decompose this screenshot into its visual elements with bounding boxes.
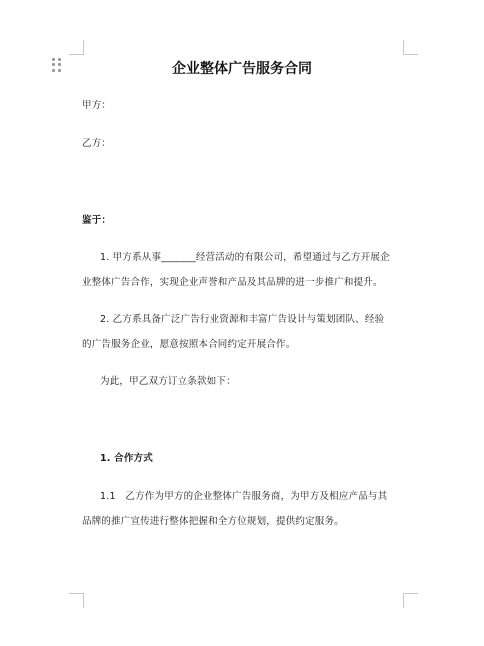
para3: 为此，甲乙双方订立条款如下：	[100, 373, 236, 387]
para2-line2: 的广告服务企业，愿意按照本合同约定开展合作。	[82, 336, 295, 350]
margin-corner-bottom-right	[403, 593, 418, 608]
section1-heading: 1. 合作方式	[100, 450, 153, 464]
margin-corner-top-left	[69, 40, 84, 55]
margin-corner-top-right	[403, 40, 418, 55]
clause-1-1-line2: 品牌的推广宣传进行整体把握和全方位规划，提供约定服务。	[82, 513, 344, 527]
para1-line2: 业整体广告合作，实现企业声誉和产品及其品牌的进一步推广和提升。	[82, 274, 383, 288]
clause-1-1-line1: 1.1 乙方作为甲方的企业整体广告服务商，为甲方及相应产品与其	[100, 488, 387, 502]
whereas-heading: 鉴于：	[82, 212, 111, 226]
margin-corner-bottom-left	[69, 593, 84, 608]
party-b-label: 乙方：	[82, 135, 111, 149]
document-title: 企业整体广告服务合同	[0, 58, 484, 78]
para1-line1: 1. 甲方系从事_______经营活动的有限公司，希望通过与乙方开展企	[100, 249, 390, 263]
party-a-label: 甲方：	[82, 97, 111, 111]
para2-line1: 2. 乙方系具备广泛广告行业资源和丰富广告设计与策划团队、经验	[100, 311, 384, 325]
